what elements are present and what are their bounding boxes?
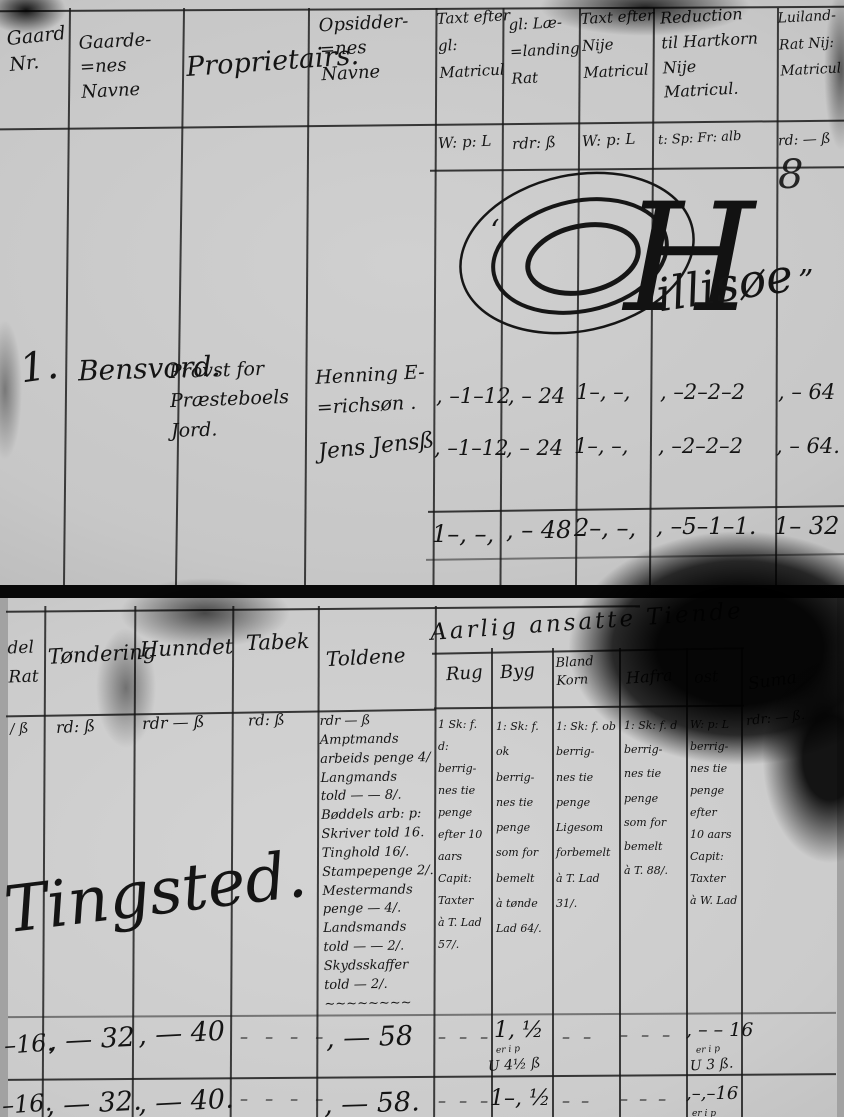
value-line2-reduction: , –2–2–2 — [658, 432, 743, 460]
column-header-gaard-nr: Gaard Nr. — [5, 21, 69, 78]
total2-hundet: , — 40. — [137, 1082, 234, 1117]
grid-line — [619, 648, 621, 1117]
entry-opsidder-2: Jens Jensß — [317, 426, 436, 468]
top-photo-panel: Gaard Nr. Gaarde- =nes Navne Proprietair… — [0, 0, 844, 586]
value-line1-taxt-nye: 1–, –, — [576, 378, 630, 406]
note-rug: 1 Sk: f. d: berrig- nes tie penge efter … — [438, 714, 490, 956]
total1-hafra: – – – — [620, 1024, 674, 1046]
column-header-reduction-hartkorn: Reduction til Hartkorn Nije Matricul. — [659, 2, 761, 106]
toldene-note: rdr — ß Amptmands arbeids penge 4/ Langm… — [319, 711, 436, 1014]
place-flourish-8: 8 — [778, 148, 803, 202]
dark-corner — [740, 618, 844, 898]
note-bland-korn: 1: Sk: f. ob berrig- nes tie penge Liges… — [556, 714, 616, 916]
grid-line — [686, 648, 688, 1117]
total2-ost: ,–,–16 — [686, 1082, 738, 1106]
column-header-hundet: Hunndet — [140, 632, 234, 664]
value-line2-landgilde-gl: , – 24 — [506, 434, 563, 462]
value-line2-taxt-gl: , –1–12 — [434, 434, 508, 462]
page-edge — [837, 598, 844, 1117]
entry-proprietair: Provst for Præsteboels Jord. — [168, 354, 290, 446]
total2-rug: – – – — [438, 1090, 492, 1112]
grid-line — [434, 705, 744, 710]
total2-tondering: , — 32. — [45, 1084, 142, 1117]
total1-ost-note-2: U 3 ß. — [689, 1055, 734, 1077]
total2-toldene: , — 58. — [323, 1084, 420, 1117]
scanned-ledger-page: Gaard Nr. Gaarde- =nes Navne Proprietair… — [0, 0, 844, 1117]
unit-taxt-gl: W: p: L — [438, 131, 492, 154]
unit-suma: rdr: — ß. — [745, 707, 806, 731]
span-header-aarlig-ansatte: Aarlig ansatte Tiende — [429, 594, 770, 649]
grid-line — [552, 648, 554, 1117]
column-header-taxt-nye-matricul: Taxt efter Nije Matricul — [580, 2, 658, 87]
column-header-bland-korn: Bland Korn — [555, 653, 595, 690]
column-header-landgilde-rat-nye: Luiland- Rat Nij: Matricul — [777, 2, 842, 85]
grid-line — [741, 648, 743, 1117]
total1-byg: 1, ½ — [494, 1016, 543, 1046]
total1-rug: – – – — [438, 1026, 492, 1048]
total2-tabek: – – – – — [240, 1088, 329, 1110]
unit-reduction: t: Sp: Fr: alb — [658, 128, 742, 150]
total-landgilde-gl: , – 48 — [506, 514, 571, 546]
total1-bland: – – — [562, 1026, 595, 1048]
total-taxt-gl: 1–, –, — [432, 518, 494, 550]
total-landgilde-nye: 1– 32 — [774, 510, 839, 542]
column-header-ost: ost — [693, 665, 719, 688]
place-heading-tingsted: Tingsted. — [0, 832, 311, 955]
column-header-taxt-gl-matricul: Taxt efter gl: Matricul — [436, 2, 514, 87]
column-header-opsiddernes-navne: Opsidder- =nes Navne — [318, 10, 411, 87]
total2-ost-note: er i p — [692, 1108, 716, 1117]
total2-hafra: – – – — [620, 1088, 669, 1110]
unit-tondering: rd: ß — [55, 715, 95, 739]
value-line1-landgilde-gl: , – 24 — [508, 382, 565, 410]
edge-shadow — [0, 320, 22, 460]
unit-tabek: rd: ß — [248, 709, 285, 731]
grid-line — [432, 8, 437, 586]
note-byg: 1: Sk: f. ok berrig- nes tie penge som f… — [496, 714, 550, 942]
column-header-carryover: del Rat — [7, 633, 39, 692]
total2-bland: – – — [562, 1090, 592, 1112]
value-line2-landgilde-nye: , – 64. — [776, 432, 840, 460]
column-header-suma: Suma — [747, 667, 799, 697]
grid-line — [426, 553, 844, 561]
column-header-byg: Byg — [499, 659, 536, 686]
bottom-photo-panel: del Rat Tøndering Hunndet Tabek Toldene … — [0, 598, 844, 1117]
total1-toldene: , — 58 — [325, 1018, 413, 1057]
grid-line — [304, 8, 310, 586]
panel-divider — [0, 585, 844, 598]
column-header-hafra: Hafra — [625, 664, 673, 689]
grid-line — [175, 8, 185, 586]
column-header-tabek: Tabek — [246, 627, 310, 658]
value-line1-reduction: , –2–2–2 — [660, 378, 745, 406]
place-close-quote: ” — [798, 262, 813, 303]
total2-byg: 1–, ½ — [490, 1084, 550, 1114]
column-header-gaardenes-navne: Gaarde- =nes Navne — [78, 28, 154, 105]
unit-carryover: / ß — [9, 719, 29, 739]
unit-hundet: rdr — ß — [142, 711, 205, 735]
note-hafra: 1: Sk: f. d berrig- nes tie penge som fo… — [624, 714, 684, 883]
total1-tondering: , — 32 — [47, 1020, 136, 1061]
value-line2-taxt-nye: 1–, –, — [574, 432, 628, 460]
entry-number: 1. — [16, 338, 61, 397]
total1-byg-note-2: U 4½ ß — [487, 1054, 541, 1077]
grid-line — [63, 8, 71, 586]
unit-landgilde-gl: rdr: ß — [512, 132, 557, 155]
entry-opsidder-1: Henning E- =richsøn . — [314, 357, 426, 423]
unit-taxt-nye: W: p: L — [582, 129, 636, 152]
column-header-gl-landgilde-rat: gl: Læ- =landing Rat — [508, 8, 582, 93]
total-reduction: , –5–1–1. — [656, 512, 756, 543]
total-taxt-nye: 2–, –, — [574, 512, 636, 544]
total1-ost: , – – 16 — [686, 1018, 753, 1044]
value-line1-taxt-gl: , –1–12 — [436, 382, 510, 410]
value-line1-landgilde-nye: , – 64 — [778, 378, 835, 406]
column-header-rug: Rug — [445, 661, 483, 688]
note-ost: W: p: L berrig- nes tie penge efter 10 a… — [690, 714, 740, 912]
total1-tabek: – – – – — [240, 1026, 329, 1048]
total1-hundet: , — 40 — [137, 1014, 226, 1055]
column-header-toldene: Toldene — [325, 642, 406, 673]
place-open-quote: ‘ — [490, 212, 500, 253]
